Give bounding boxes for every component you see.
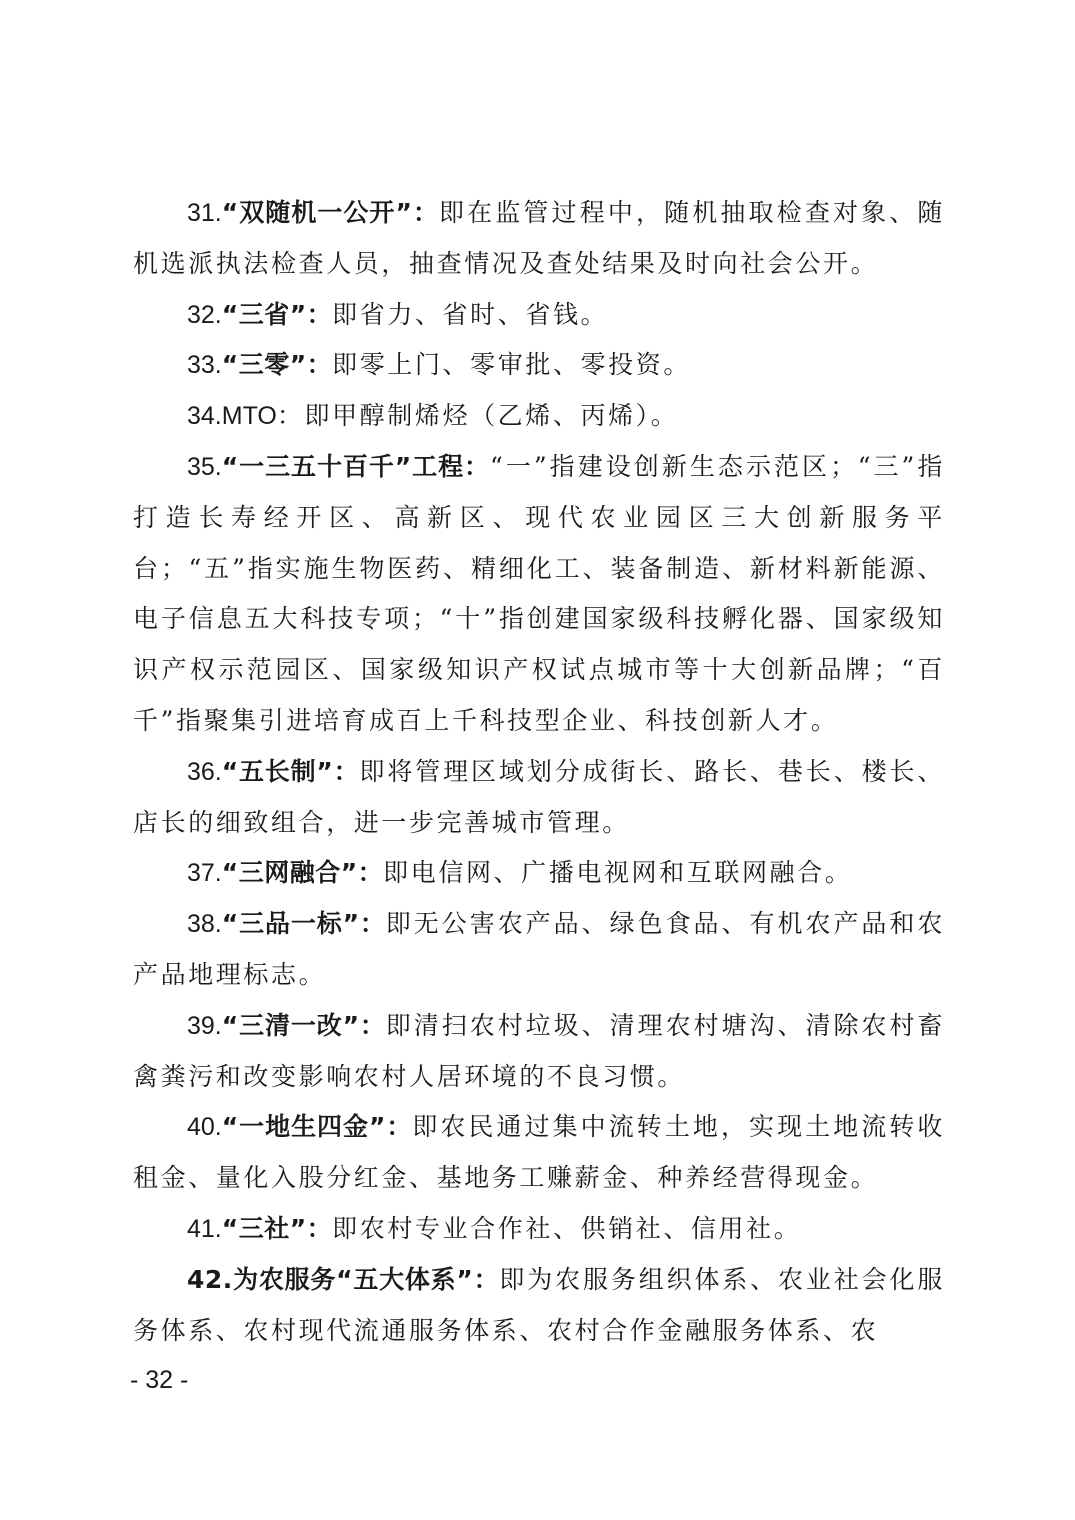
document-page: 31.“双随机一公开”：即在监管过程中，随机抽取检查对象、随机选派执法检查人员，… bbox=[133, 188, 945, 1356]
glossary-entry-35: 35.“一三五十百千”工程：“一”指建设创新生态示范区；“三”指打造长寿经开区、… bbox=[133, 442, 945, 747]
glossary-entry-40: 40.“一地生四金”：即农民通过集中流转土地，实现土地流转收租金、量化入股分红金… bbox=[133, 1102, 945, 1204]
entry-term: “一三五十百千”工程 bbox=[222, 452, 464, 481]
glossary-entry-31: 31.“双随机一公开”：即在监管过程中，随机抽取检查对象、随机选派执法检查人员，… bbox=[133, 188, 945, 290]
entry-number: 38. bbox=[187, 910, 222, 938]
glossary-entry-42: 42.为农服务“五大体系”：即为农服务组织体系、农业社会化服务体系、农村现代流通… bbox=[133, 1255, 945, 1357]
entry-number: 41. bbox=[187, 1215, 222, 1243]
entry-separator: ： bbox=[360, 1011, 386, 1040]
entry-body: 即甲醇制烯烃（乙烯、丙烯）。 bbox=[304, 401, 678, 430]
page-number: - 32 - bbox=[130, 1366, 188, 1395]
entry-term: “三零” bbox=[222, 350, 307, 379]
entry-separator: ： bbox=[277, 401, 305, 430]
entry-number: 40. bbox=[187, 1113, 222, 1141]
entry-separator: ： bbox=[307, 300, 333, 329]
entry-term: “三社” bbox=[222, 1214, 307, 1243]
entry-term: 为农服务“五大体系” bbox=[233, 1265, 474, 1294]
entry-separator: ： bbox=[386, 1112, 412, 1141]
entry-number: 32. bbox=[187, 301, 222, 329]
entry-separator: ： bbox=[464, 452, 490, 481]
glossary-entry-32: 32.“三省”：即省力、省时、省钱。 bbox=[133, 290, 945, 341]
glossary-entry-41: 41.“三社”：即农村专业合作社、供销社、信用社。 bbox=[133, 1204, 945, 1255]
entry-body: 即零上门、零审批、零投资。 bbox=[332, 350, 691, 379]
entry-number: 35. bbox=[187, 453, 222, 481]
entry-term: “一地生四金” bbox=[222, 1112, 386, 1141]
entry-number: 36. bbox=[187, 758, 222, 786]
entry-term: “双随机一公开” bbox=[222, 198, 413, 227]
entry-number: 31. bbox=[187, 199, 222, 227]
entry-term: MTO bbox=[222, 402, 277, 430]
entry-separator: ： bbox=[307, 1214, 333, 1243]
glossary-entry-36: 36.“五长制”：即将管理区域划分成街长、路长、巷长、楼长、店长的细致组合，进一… bbox=[133, 747, 945, 849]
glossary-entry-33: 33.“三零”：即零上门、零审批、零投资。 bbox=[133, 340, 945, 391]
entry-body: 即电信网、广播电视网和互联网融合。 bbox=[383, 858, 852, 887]
glossary-entry-39: 39.“三清一改”：即清扫农村垃圾、清理农村塘沟、清除农村畜禽粪污和改变影响农村… bbox=[133, 1001, 945, 1103]
entry-term: “三清一改” bbox=[222, 1011, 360, 1040]
entry-term: “三品一标” bbox=[222, 909, 360, 938]
entry-body: 即省力、省时、省钱。 bbox=[332, 300, 608, 329]
glossary-entry-38: 38.“三品一标”：即无公害农产品、绿色食品、有机农产品和农产品地理标志。 bbox=[133, 899, 945, 1001]
entry-number: 37. bbox=[187, 859, 222, 887]
entry-separator: ： bbox=[333, 757, 359, 786]
entry-separator: ： bbox=[307, 350, 333, 379]
entry-number: 42. bbox=[187, 1265, 233, 1294]
entry-number: 34. bbox=[187, 402, 222, 430]
entry-number: 39. bbox=[187, 1012, 222, 1040]
glossary-entry-37: 37.“三网融合”：即电信网、广播电视网和互联网融合。 bbox=[133, 848, 945, 899]
entry-separator: ： bbox=[360, 909, 386, 938]
entry-separator: ： bbox=[473, 1265, 499, 1294]
entry-separator: ： bbox=[358, 858, 384, 887]
entry-term: “三网融合” bbox=[222, 858, 358, 887]
entry-body: “一”指建设创新生态示范区；“三”指打造长寿经开区、高新区、现代农业园区三大创新… bbox=[133, 452, 945, 735]
glossary-entry-34: 34.MTO：即甲醇制烯烃（乙烯、丙烯）。 bbox=[133, 391, 945, 442]
entry-term: “三省” bbox=[222, 300, 307, 329]
entry-term: “五长制” bbox=[222, 757, 334, 786]
entry-number: 33. bbox=[187, 351, 222, 379]
entry-separator: ： bbox=[412, 198, 439, 227]
entry-body: 即农村专业合作社、供销社、信用社。 bbox=[332, 1214, 801, 1243]
